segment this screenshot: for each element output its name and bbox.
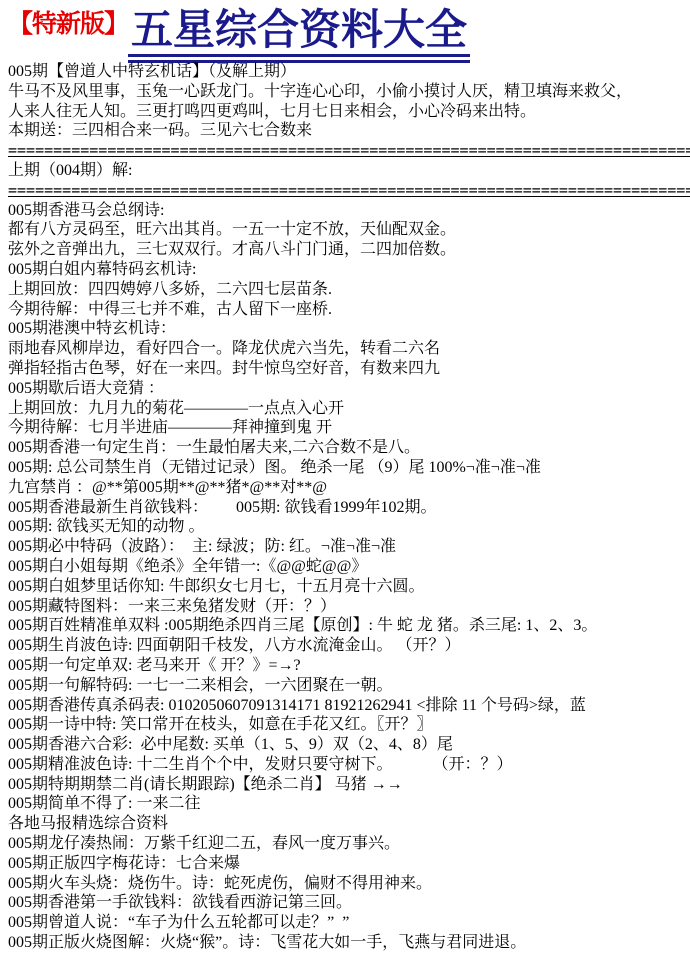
content-line: 005期藏特图料：一来三来兔猪发财（开：？）	[8, 597, 690, 617]
content-line: 005期香港传真杀码表: 0102050607091314171 8192126…	[8, 696, 690, 716]
content-line: 005期香港最新生肖欲钱料： 005期: 欲钱看1999年102期。	[8, 498, 690, 518]
content-line: 005期特期期禁二肖(请长期跟踪)【绝杀二肖】 马猪 →→	[8, 775, 690, 795]
content-line: 牛马不及风里事，玉兔一心跃龙门。十字连心心印，小偷小摸讨人厌，精卫填海来救父，	[8, 82, 690, 102]
content-line: 005期生肖波色诗: 四面朝阳千枝发，八方水流淹金山。 （开？）	[8, 636, 690, 656]
content-line: 005期必中特码（波路）： 主: 绿波；防: 红。¬准¬准¬准	[8, 537, 690, 557]
content-lines: 005期【曾道人中特玄机话】（及解上期）牛马不及风里事，玉兔一心跃龙门。十字连心…	[0, 60, 690, 953]
content-line: 上期回放：九月九的菊花————一点点入心开	[8, 399, 690, 419]
content-line: 各地马报精选综合资料	[8, 814, 690, 834]
content-line: 005期港澳中特玄机诗：	[8, 319, 690, 339]
content-line: 005期简单不得了: 一来二往	[8, 794, 690, 814]
content-line: 弦外之音弹出九，三七双双行。才高八斗门门通，二四加倍数。	[8, 240, 690, 260]
content-line: 上期（004期）解:	[8, 161, 690, 181]
content-line: 005期一诗中特: 笑口常开在枝头，如意在手花又红。〖开？〗	[8, 715, 690, 735]
content-line: 005期精准波色诗: 十二生肖个个中，发财只要守树下。 （开：？）	[8, 755, 690, 775]
content-line: 005期正版四字梅花诗：七合来爆	[8, 854, 690, 874]
content-line: 005期白姐梦里话你知: 牛郎织女七月七，十五月亮十六圆。	[8, 577, 690, 597]
content-line: 今期待解：七月半进庙————拜神撞到鬼 开	[8, 418, 690, 438]
page: 【特新版】五星综合资料大全 005期【曾道人中特玄机话】（及解上期）牛马不及风里…	[0, 0, 690, 959]
content-line: 005期火车头烧：烧伤牛。诗：蛇死虎伤，偏财不得用神来。	[8, 874, 690, 894]
content-line: 005期一句定单双: 老马来开《 开？》=→?	[8, 656, 690, 676]
content-line: 005期曾道人说：“车子为什么五轮都可以走？” ”	[8, 913, 690, 933]
content-line: 雨地春风柳岸边，看好四合一。降龙伏虎六当先，转看二六名	[8, 339, 690, 359]
content-line: 005期龙仔凑热闹：万紫千红迎二五，春风一度万事兴。	[8, 834, 690, 854]
content-line: 005期: 总公司禁生肖（无错过记录）图。 绝杀一尾 （9）尾 100%¬准¬准…	[8, 458, 690, 478]
content-line: 005期: 欲钱买无知的动物 。	[8, 517, 690, 537]
content-line: 005期【曾道人中特玄机话】（及解上期）	[8, 62, 690, 82]
page-header: 【特新版】五星综合资料大全	[0, 0, 690, 60]
content-line: 人来人往无人知。三更打鸣四更鸡叫，七月七日来相会，小心冷码来出特。	[8, 102, 690, 122]
content-line: 005期一句解特码: 一七一二来相会，一六团聚在一朝。	[8, 676, 690, 696]
content-line: 005期香港第一手欲钱料：欲钱看西游记第三回。	[8, 893, 690, 913]
content-line: 005期歇后语大竞猜 ：	[8, 379, 690, 399]
content-line: 005期百姓精准单双料 :005期绝杀四肖三尾【原创】: 牛 蛇 龙 猪。杀三尾…	[8, 616, 690, 636]
content-line: 005期白姐内幕特码玄机诗:	[8, 260, 690, 280]
content-line: 005期香港六合彩: 必中尾数: 买单（1、5、9）双（2、4、8）尾	[8, 735, 690, 755]
separator-line: ========================================…	[8, 141, 690, 161]
content-line: 弹指轻指古色琴，好在一来四。封牛惊鸟空好音，有数来四九	[8, 359, 690, 379]
content-line: 005期正版火烧图解：火烧“猴”。诗：飞雪花大如一手，飞燕与君同进退。	[8, 933, 690, 953]
content-line: 九宫禁肖 ：@**第005期**@**猪*@**对**@	[8, 478, 690, 498]
edition-badge: 【特新版】	[8, 4, 128, 40]
content-line: 上期回放：四四娉婷八多娇，二六四七层苗条.	[8, 280, 690, 300]
page-title: 五星综合资料大全	[128, 10, 470, 63]
separator-line: ========================================…	[8, 181, 690, 201]
content-line: 都有八方灵码至，旺六出其肖。一五一十定不放，天仙配双金。	[8, 220, 690, 240]
content-line: 005期香港马会总纲诗:	[8, 201, 690, 221]
content-line: 005期香港一句定生肖：一生最怕屠夫来,二六合数不是八。	[8, 438, 690, 458]
content-line: 本期送：三四相合来一码。三见六七合数来	[8, 121, 690, 141]
content-line: 今期待解：中得三七并不难，古人留下一座桥.	[8, 300, 690, 320]
content-line: 005期白小姐每期《绝杀》全年错一:《@@蛇@@》	[8, 557, 690, 577]
